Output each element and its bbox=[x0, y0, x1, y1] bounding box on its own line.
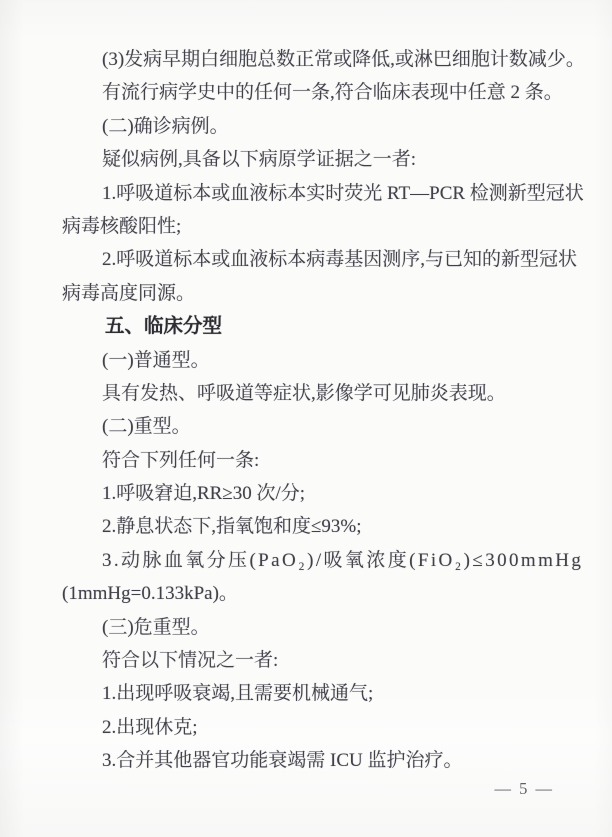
document-line: (3)发病早期白细胞总数正常或降低,或淋巴细胞计数减少。 bbox=[62, 43, 562, 76]
document-line: 符合以下情况之一者: bbox=[62, 644, 562, 677]
document-line: (1mmHg=0.133kPa)。 bbox=[62, 577, 562, 610]
document-line: (一)普通型。 bbox=[62, 344, 562, 377]
document-line: 有流行病学史中的任何一条,符合临床表现中任意 2 条。 bbox=[62, 76, 562, 109]
document-line: 病毒核酸阳性; bbox=[62, 210, 562, 243]
document-line: 符合下列任何一条: bbox=[62, 444, 562, 477]
page-number: — 5 — bbox=[495, 779, 555, 799]
document-line: 病毒高度同源。 bbox=[62, 277, 562, 310]
document-line: 疑似病例,具备以下病原学证据之一者: bbox=[62, 143, 562, 176]
document-line: 2.出现休克; bbox=[62, 711, 562, 744]
document-body: (3)发病早期白细胞总数正常或降低,或淋巴细胞计数减少。有流行病学史中的任何一条… bbox=[62, 43, 562, 778]
document-line: (三)危重型。 bbox=[62, 611, 562, 644]
document-line: 具有发热、呼吸道等症状,影像学可见肺炎表现。 bbox=[62, 377, 562, 410]
document-line: 1.呼吸道标本或血液标本实时荧光 RT—PCR 检测新型冠状 bbox=[62, 177, 562, 210]
document-line: 3.合并其他器官功能衰竭需 ICU 监护治疗。 bbox=[62, 744, 562, 777]
document-line: 1.呼吸窘迫,RR≥30 次/分; bbox=[62, 477, 562, 510]
document-page: (3)发病早期白细胞总数正常或降低,或淋巴细胞计数减少。有流行病学史中的任何一条… bbox=[0, 0, 612, 837]
section-heading: 五、临床分型 bbox=[62, 310, 562, 343]
document-line: 1.出现呼吸衰竭,且需要机械通气; bbox=[62, 677, 562, 710]
document-line: (二)确诊病例。 bbox=[62, 110, 562, 143]
document-line: 3.动脉血氧分压(PaO₂)/吸氧浓度(FiO₂)≤300mmHg bbox=[62, 544, 562, 577]
document-line: 2.呼吸道标本或血液标本病毒基因测序,与已知的新型冠状 bbox=[62, 243, 562, 276]
document-line: (二)重型。 bbox=[62, 410, 562, 443]
document-line: 2.静息状态下,指氧饱和度≤93%; bbox=[62, 510, 562, 543]
